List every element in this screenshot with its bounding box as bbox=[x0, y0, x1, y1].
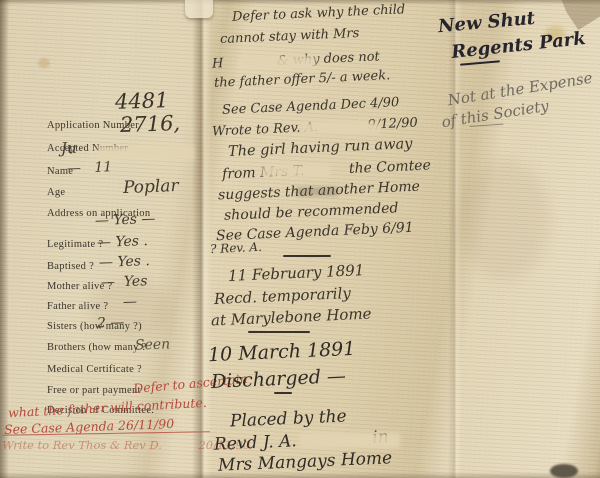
field-value: — bbox=[123, 294, 138, 310]
note-line: 11 February 1891 bbox=[228, 261, 365, 285]
field-value: — 11 bbox=[67, 159, 113, 177]
note-divider bbox=[274, 392, 292, 394]
note-line: should be recommended bbox=[224, 200, 399, 224]
form-field: Name Ju bbox=[23, 143, 233, 163]
field-value: — Yes . bbox=[99, 253, 150, 271]
note-line: ? Rev. A. bbox=[210, 240, 262, 256]
paper-crease bbox=[448, 0, 462, 478]
scanned-document: Application Number 4481 Accepted Number … bbox=[0, 0, 600, 478]
field-value: 2 — bbox=[97, 315, 125, 332]
note-line: Discharged — bbox=[211, 365, 347, 393]
torn-corner bbox=[552, 0, 600, 30]
field-value: Poplar bbox=[123, 176, 179, 198]
note-divider bbox=[283, 255, 331, 257]
paper-stain bbox=[460, 160, 550, 280]
field-value: — Yes — bbox=[95, 211, 156, 229]
form-field: Address on application Poplar bbox=[23, 185, 233, 205]
note-line: the father offer 5/- a week. bbox=[214, 68, 391, 91]
field-value: Seen bbox=[135, 336, 171, 353]
note-line: Placed by the bbox=[230, 406, 347, 431]
note-line: H & why does not bbox=[212, 49, 380, 71]
note-line: Recd. temporarily bbox=[214, 284, 351, 308]
ink-annotation-line: New Shut bbox=[437, 8, 536, 37]
field-value: — Yes bbox=[101, 273, 148, 291]
ink-spot bbox=[550, 464, 578, 478]
form-field: Brothers (how many ? 2 — bbox=[23, 319, 233, 339]
note-line: Defer to ask why the child bbox=[232, 2, 406, 25]
form-field: Accepted Number 2716, bbox=[23, 120, 233, 140]
note-line: at Marylebone Home bbox=[211, 305, 372, 330]
form-field: Sisters (how many ?) — bbox=[23, 298, 233, 318]
form-field: Medical Certificate ? Seen bbox=[23, 341, 233, 361]
note-line: cannot stay with Mrs bbox=[220, 26, 360, 47]
field-value: 4481 bbox=[115, 88, 169, 114]
field-value: 2716, bbox=[120, 111, 181, 137]
note-line: The girl having run away bbox=[228, 136, 413, 160]
field-value: — Yes . bbox=[97, 233, 148, 251]
field-value: Ju bbox=[61, 139, 77, 158]
note-divider bbox=[248, 331, 310, 333]
note-line: Wrote to Rev. A. 9/12/90 bbox=[212, 116, 418, 140]
note-line: See Case Agenda Dec 4/90 bbox=[222, 95, 400, 118]
